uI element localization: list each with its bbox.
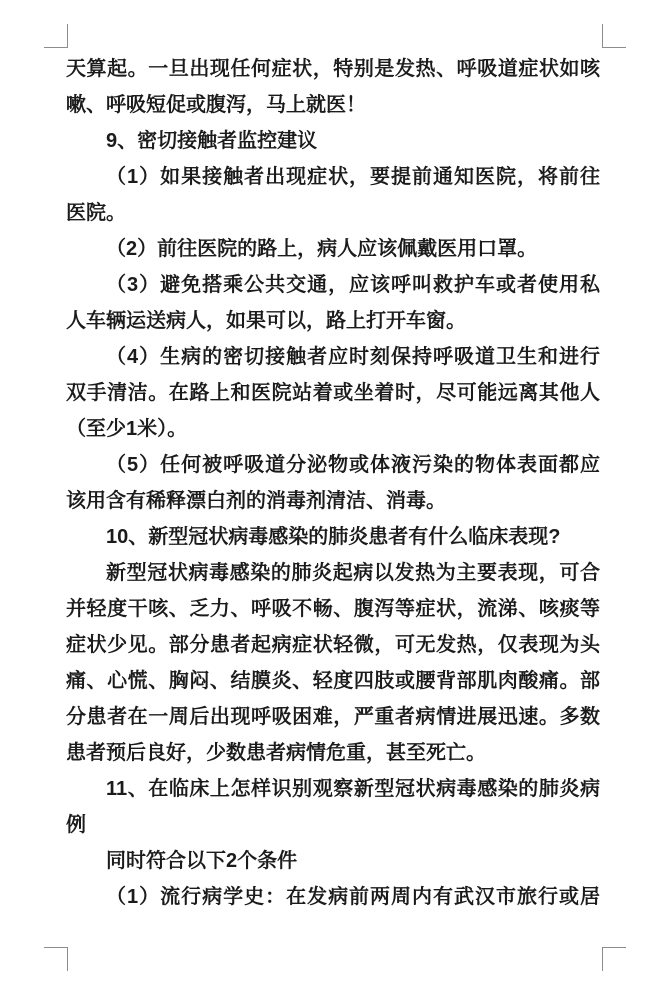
crop-mark-top-left — [44, 24, 68, 48]
text-line: 例 — [66, 807, 600, 843]
text-line: 9、密切接触者监控建议 — [66, 123, 600, 159]
text-line: 痛、心慌、胸闷、结膜炎、轻度四肢或腰背部肌肉酸痛。部 — [66, 663, 600, 699]
text-line: 并轻度干咳、乏力、呼吸不畅、腹泻等症状，流涕、咳痰等 — [66, 591, 600, 627]
document-page: 天算起。一旦出现任何症状，特别是发热、呼吸道症状如咳嗽、呼吸短促或腹泻，马上就医… — [0, 0, 666, 1000]
text-line: 新型冠状病毒感染的肺炎起病以发热为主要表现，可合 — [66, 555, 600, 591]
crop-mark-bottom-left — [44, 947, 68, 971]
text-line: 嗽、呼吸短促或腹泻，马上就医！ — [66, 87, 600, 123]
text-line: （1）流行病学史：在发病前两周内有武汉市旅行或居 — [66, 879, 600, 915]
text-line: 该用含有稀释漂白剂的消毒剂清洁、消毒。 — [66, 483, 600, 519]
text-line: 分患者在一周后出现呼吸困难，严重者病情进展迅速。多数 — [66, 699, 600, 735]
text-line: 双手清洁。在路上和医院站着或坐着时，尽可能远离其他人 — [66, 375, 600, 411]
text-line: 症状少见。部分患者起病症状轻微，可无发热，仅表现为头 — [66, 627, 600, 663]
text-line: （1）如果接触者出现症状，要提前通知医院，将前往 — [66, 159, 600, 195]
text-line: 人车辆运送病人，如果可以，路上打开车窗。 — [66, 303, 600, 339]
text-line: （2）前往医院的路上，病人应该佩戴医用口罩。 — [66, 231, 600, 267]
text-line: 10、新型冠状病毒感染的肺炎患者有什么临床表现? — [66, 519, 600, 555]
text-line: （至少1米）。 — [66, 411, 600, 447]
text-line: （3）避免搭乘公共交通，应该呼叫救护车或者使用私 — [66, 267, 600, 303]
text-line: 医院。 — [66, 195, 600, 231]
text-line: 天算起。一旦出现任何症状，特别是发热、呼吸道症状如咳 — [66, 51, 600, 87]
crop-mark-bottom-right — [602, 947, 626, 971]
text-line: 同时符合以下2个条件 — [66, 843, 600, 879]
crop-mark-top-right — [602, 24, 626, 48]
text-line: 11、在临床上怎样识别观察新型冠状病毒感染的肺炎病 — [66, 771, 600, 807]
text-line: （5）任何被呼吸道分泌物或体液污染的物体表面都应 — [66, 447, 600, 483]
text-line: 患者预后良好，少数患者病情危重，甚至死亡。 — [66, 735, 600, 771]
document-body-text: 天算起。一旦出现任何症状，特别是发热、呼吸道症状如咳嗽、呼吸短促或腹泻，马上就医… — [66, 51, 600, 915]
text-line: （4）生病的密切接触者应时刻保持呼吸道卫生和进行 — [66, 339, 600, 375]
